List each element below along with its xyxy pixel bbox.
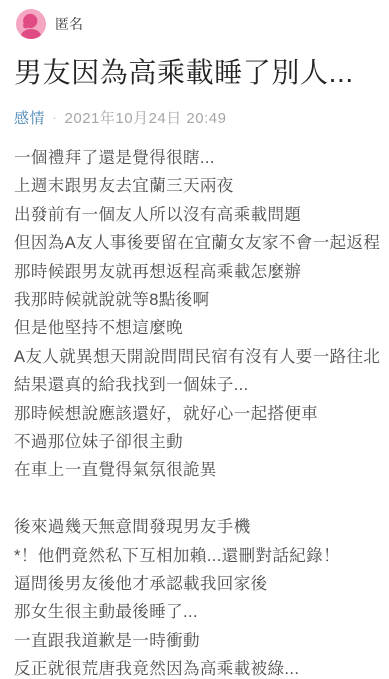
body-line: 不過那位妹子卻很主動 [14,428,375,456]
body-line: 但因為A友人事後要留在宜蘭女友家不會一起返程 [14,229,375,257]
meta-separator: · [52,109,58,126]
body-line: 一個禮拜了還是覺得很瞎... [14,144,375,172]
body-line: 一直跟我道歉是一時衝動 [14,627,375,655]
anonymous-person-icon [16,9,46,39]
body-line: A友人就異想天開說問問民宿有沒有人要一路往北 [14,343,375,371]
body-line: 那女生很主動最後睡了... [14,598,375,626]
post-meta: 感情 · 2021年10月24日 20:49 [14,107,375,128]
body-line: 那時候跟男友就再想返程高乘載怎麼辦 [14,258,375,286]
body-line: 但是他堅持不想這麼晚 [14,314,375,342]
body-line: 反正就很荒唐我竟然因為高乘載被綠... [14,655,375,679]
post-title: 男友因為高乘載睡了別人... [14,56,375,90]
category-link[interactable]: 感情 [14,107,45,128]
body-line: 後來過幾天無意間發現男友手機 [14,513,375,541]
body-line: *！他們竟然私下互相加賴...還刪對話紀錄！ [14,542,375,570]
post-timestamp: 2021年10月24日 20:49 [65,107,227,128]
body-line: 那時候想說應該還好，就好心一起搭便車 [14,400,375,428]
body-line: 逼問後男友後他才承認載我回家後 [14,570,375,598]
body-line: 結果還真的給我找到一個妹子... [14,371,375,399]
body-line: 出發前有一個友人所以沒有高乘載問題 [14,201,375,229]
body-line [14,485,375,513]
body-line: 我那時候就說就等8點後啊 [14,286,375,314]
body-line: 在車上一直覺得氣氛很詭異 [14,456,375,484]
body-line: 上週末跟男友去宜蘭三天兩夜 [14,172,375,200]
post-body: 一個禮拜了還是覺得很瞎...上週末跟男友去宜蘭三天兩夜出發前有一個友人所以沒有高… [14,144,375,679]
anonymous-avatar [16,9,46,39]
author-row: 匿名 [0,0,389,40]
post-page: 匿名 男友因為高乘載睡了別人... 感情 · 2021年10月24日 20:49… [0,0,389,679]
author-label: 匿名 [55,14,83,34]
